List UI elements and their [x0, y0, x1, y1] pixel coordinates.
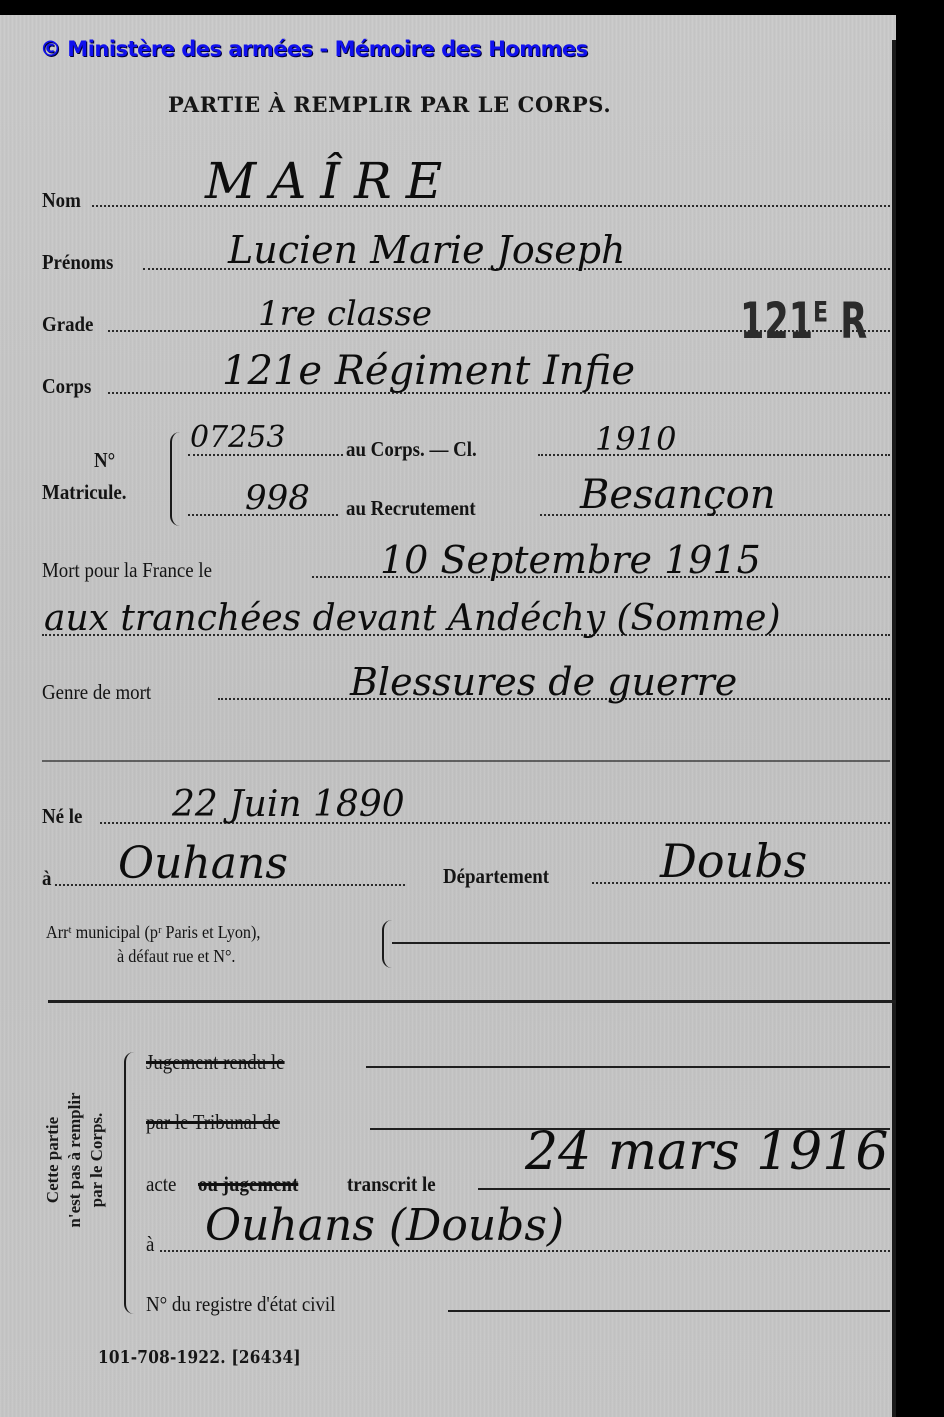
- genre-de-mort-label: Genre de mort: [42, 680, 151, 705]
- transcrit-lieu-label: à: [146, 1232, 154, 1257]
- corps-number-value: 07253: [190, 420, 285, 455]
- side-note-line2: n'est pas à remplir: [64, 1070, 86, 1250]
- grade-label: Grade: [42, 312, 93, 337]
- jugement-line: [366, 1066, 890, 1068]
- copyright-watermark: © Ministère des armées - Mémoire des Hom…: [40, 37, 588, 61]
- grade-value: 1re classe: [258, 294, 432, 334]
- classe-line: [538, 454, 890, 456]
- side-note-line3: par le Corps.: [86, 1070, 108, 1250]
- registre-line: [448, 1310, 890, 1312]
- prenoms-label: Prénoms: [42, 250, 113, 275]
- recrutement-number-value: 998: [245, 478, 310, 518]
- lieu-naissance-value: Ouhans: [118, 838, 288, 889]
- jugement-label: Jugement rendu le: [146, 1050, 285, 1075]
- transcrit-date-line: [478, 1188, 890, 1190]
- transcription-brace: [124, 1052, 136, 1314]
- matricule-label: Matricule.: [42, 480, 126, 505]
- acte-struck-label: ou jugement: [198, 1172, 298, 1197]
- nom-value: MAÎRE: [205, 152, 456, 210]
- arrondissement-brace: [382, 920, 392, 968]
- section-divider: [42, 760, 890, 762]
- card-header-title: PARTIE À REMPLIR PAR LE CORPS.: [168, 92, 611, 117]
- tribunal-label: par le Tribunal de: [146, 1110, 280, 1135]
- ne-le-value: 22 Juin 1890: [172, 784, 405, 825]
- regiment-stamp: 121ᴱ R: [740, 292, 867, 350]
- recrutement-place-value: Besançon: [580, 472, 775, 518]
- mort-place-value: aux tranchées devant Andéchy (Somme): [44, 598, 781, 639]
- departement-value: Doubs: [660, 834, 807, 888]
- arrondissement-label-line1: Arrᵗ municipal (pʳ Paris et Lyon),: [46, 922, 260, 943]
- arrondissement-label-line2: à défaut rue et N°.: [117, 946, 235, 967]
- au-recrutement-label: au Recrutement: [346, 496, 476, 521]
- arrondissement-line: [392, 942, 890, 944]
- side-note-line1: Cette partie: [42, 1070, 64, 1250]
- transcription-divider: [48, 1000, 896, 1003]
- card-edge: [892, 40, 896, 1417]
- transcrit-lieu-value: Ouhans (Doubs): [205, 1200, 564, 1251]
- departement-label: Département: [443, 864, 549, 889]
- matricule-brace: [170, 432, 182, 526]
- corps-value: 121e Régiment Infie: [222, 348, 635, 394]
- mort-date-value: 10 Septembre 1915: [380, 538, 761, 582]
- mort-label: Mort pour la France le: [42, 558, 212, 583]
- transcrit-le-label: transcrit le: [347, 1172, 436, 1197]
- classe-value: 1910: [595, 420, 676, 458]
- corps-label: Corps: [42, 374, 91, 399]
- lieu-naissance-label: à: [42, 866, 51, 891]
- nom-label: Nom: [42, 188, 81, 213]
- acte-label: acte: [146, 1172, 176, 1197]
- matricule-label-no: N°: [94, 448, 115, 473]
- prenoms-value: Lucien Marie Joseph: [228, 228, 626, 272]
- genre-de-mort-value: Blessures de guerre: [350, 660, 737, 704]
- au-corps-label: au Corps. — Cl.: [346, 437, 477, 462]
- form-print-code: 101-708-1922. [26434]: [98, 1347, 301, 1368]
- registre-label: N° du registre d'état civil: [146, 1292, 335, 1317]
- ne-le-label: Né le: [42, 804, 82, 829]
- transcrit-date-value: 24 mars 1916: [525, 1122, 888, 1182]
